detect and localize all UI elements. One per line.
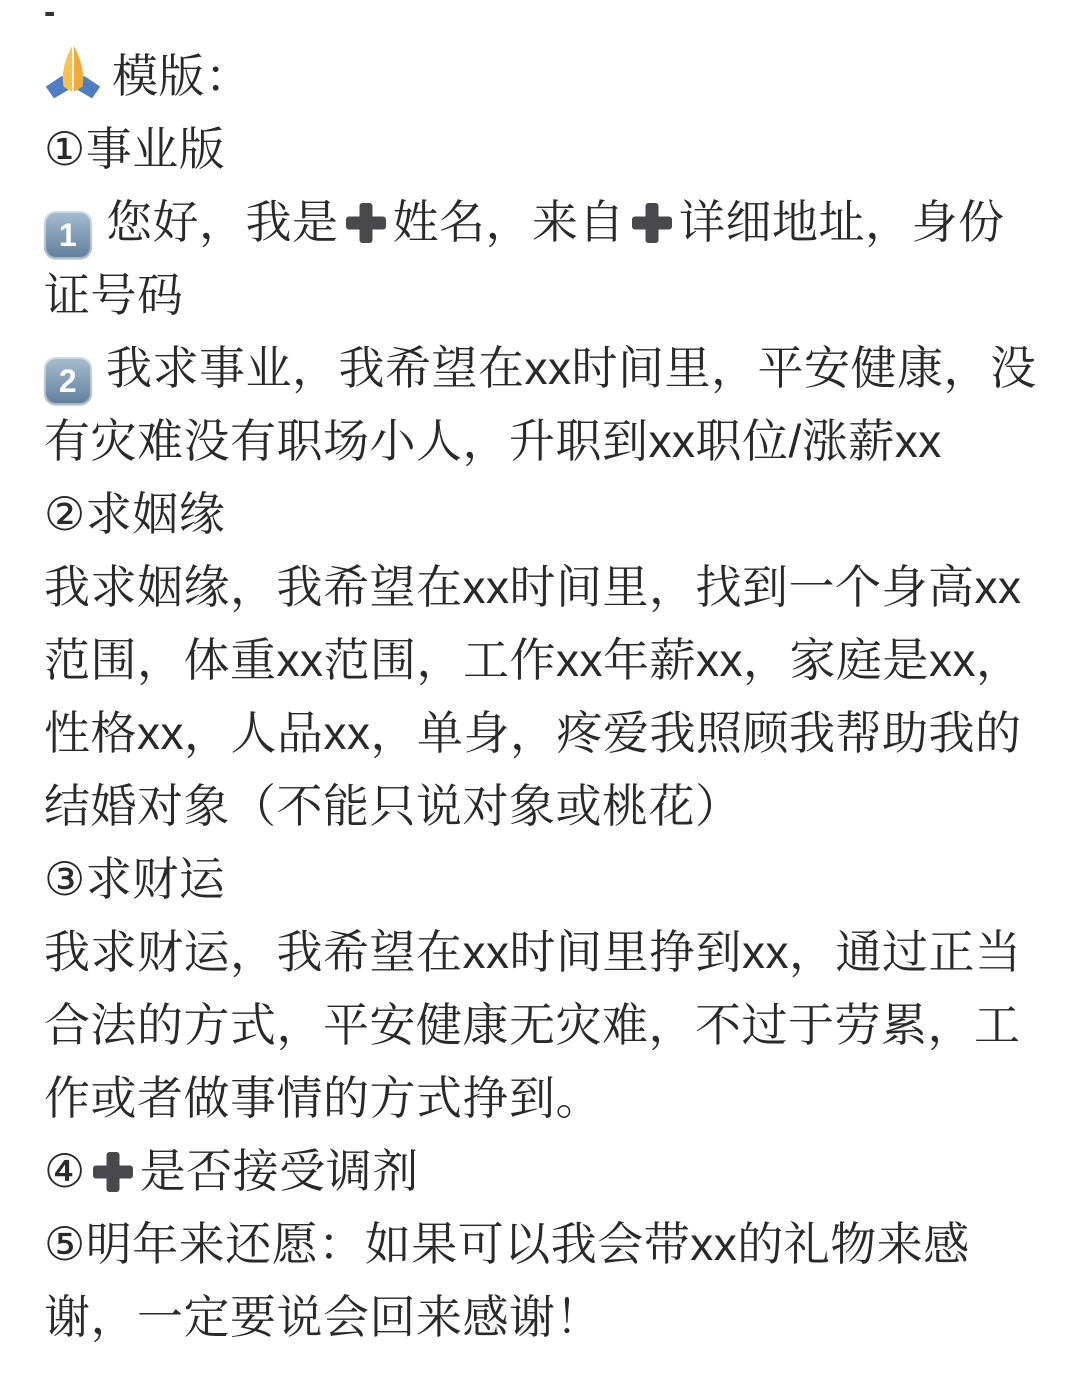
text-line: 我求姻缘，我希望在xx时间里，找到一个身高xx [44, 551, 1040, 624]
heavy-plus-icon [346, 203, 386, 243]
text-line: 有灾难没有职场小人，升职到xx职位/涨薪xx [44, 405, 1040, 478]
text-line: 模版： [44, 40, 1040, 113]
text-line: 2我求事业，我希望在xx时间里，平安健康，没 [44, 332, 1040, 405]
text-segment: ⑤明年来还愿：如果可以我会带xx的礼物来感 [44, 1218, 970, 1270]
text-segment: ②求姻缘 [44, 488, 225, 540]
text-line: 证号码 [44, 259, 1040, 332]
text-segment: 姓名，来自 [393, 196, 626, 248]
text-segment: 合法的方式，平安健康无灾难，不过于劳累，工 [44, 999, 1021, 1051]
text-segment: 我求姻缘，我希望在xx时间里，找到一个身高xx [44, 561, 1022, 613]
text-line: 1您好，我是姓名，来自详细地址，身份 [44, 186, 1040, 259]
text-line: ③求财运 [44, 843, 1040, 916]
text-segment: 我求事业，我希望在xx时间里，平安健康，没 [106, 342, 1037, 394]
text-segment: 范围，体重xx范围，工作xx年薪xx，家庭是xx， [44, 634, 1023, 686]
text-segment: ④ [44, 1145, 86, 1197]
text-line: 范围，体重xx范围，工作xx年薪xx，家庭是xx， [44, 624, 1040, 697]
folded-hands-emoji [44, 44, 102, 102]
text-line: ⑤明年来还愿：如果可以我会带xx的礼物来感 [44, 1208, 1040, 1281]
text-line: 结婚对象（不能只说对象或桃花） [44, 770, 1040, 843]
text-line: 我求财运，我希望在xx时间里挣到xx，通过正当 [44, 916, 1040, 989]
document-body: 模版：①事业版1您好，我是姓名，来自详细地址，身份证号码2我求事业，我希望在xx… [44, 40, 1040, 1354]
document-page: - 模版：①事业版1您好，我是姓名，来自详细地址，身份证号码2我求事业，我希望在… [0, 0, 1080, 1354]
text-line: ②求姻缘 [44, 478, 1040, 551]
heavy-plus-icon [632, 203, 672, 243]
text-segment: 性格xx，人品xx，单身，疼爱我照顾我帮助我的 [44, 707, 1022, 759]
text-line: ①事业版 [44, 113, 1040, 186]
text-line: 作或者做事情的方式挣到。 [44, 1062, 1040, 1135]
heavy-plus-icon [93, 1152, 133, 1192]
text-segment: 详细地址，身份 [679, 196, 1005, 248]
top-dash: - [44, 2, 1040, 40]
text-segment: 谢，一定要说会回来感谢！ [44, 1291, 602, 1343]
keycap-1-emoji: 1 [44, 211, 92, 259]
text-segment: 我求财运，我希望在xx时间里挣到xx，通过正当 [44, 926, 1022, 978]
text-segment: 作或者做事情的方式挣到。 [44, 1072, 602, 1124]
text-segment: 您好，我是 [106, 196, 339, 248]
text-segment: 模版： [112, 50, 252, 102]
text-line: 谢，一定要说会回来感谢！ [44, 1281, 1040, 1354]
text-segment: ①事业版 [44, 123, 225, 175]
text-segment: 结婚对象（不能只说对象或桃花） [44, 780, 742, 832]
text-segment: 证号码 [44, 269, 184, 321]
text-segment: 是否接受调剂 [140, 1145, 419, 1197]
keycap-2-emoji: 2 [44, 357, 92, 405]
text-line: 性格xx，人品xx，单身，疼爱我照顾我帮助我的 [44, 697, 1040, 770]
text-segment: ③求财运 [44, 853, 225, 905]
text-line: 合法的方式，平安健康无灾难，不过于劳累，工 [44, 989, 1040, 1062]
text-line: ④是否接受调剂 [44, 1135, 1040, 1208]
text-segment: 有灾难没有职场小人，升职到xx职位/涨薪xx [44, 415, 942, 467]
